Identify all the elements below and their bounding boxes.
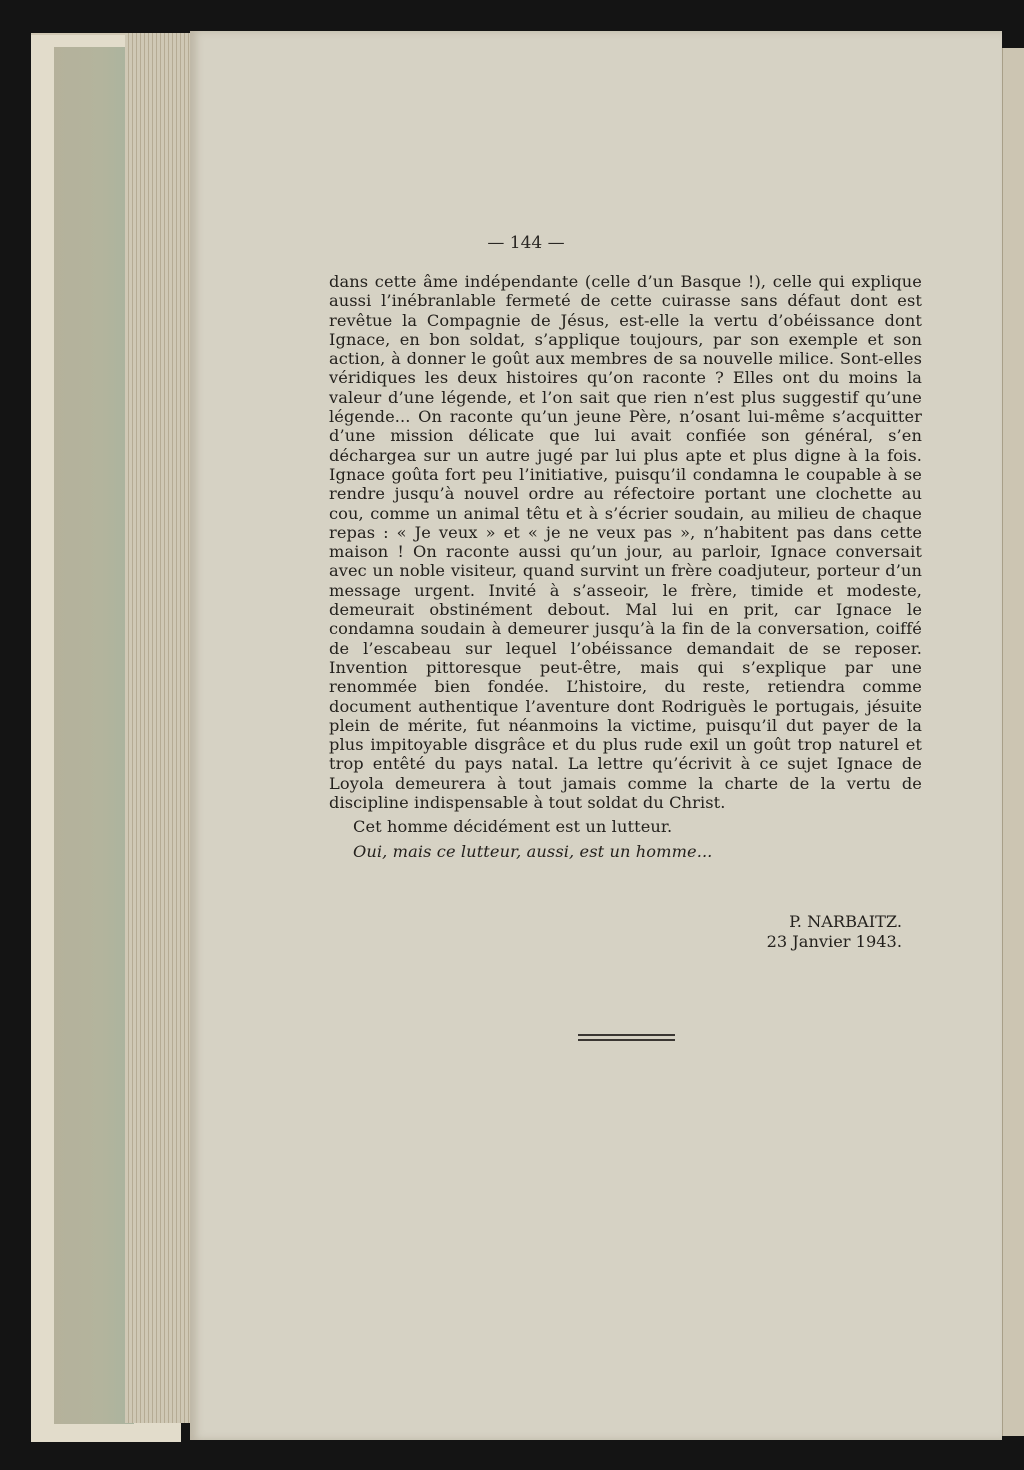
book-page: — 144 — dans cette âme indépendante (cel… [190,31,1002,1440]
signature-block: P. NARBAITZ. 23 Janvier 1943. [767,912,902,952]
cover-inner-tint [54,47,134,1424]
double-rule-divider [578,1034,675,1041]
body-text: dans cette âme indépendante (celle d’un … [329,272,922,861]
author-name: P. NARBAITZ. [767,912,902,932]
signature-date: 23 Janvier 1943. [767,932,902,952]
closing-sentence: Cet homme décidément est un lutteur. [329,817,922,836]
page-number: — 144 — [120,233,932,253]
next-page-edge [1002,48,1024,1436]
main-paragraph: dans cette âme indépendante (celle d’un … [329,272,922,812]
italic-closing-line: Oui, mais ce lutteur, aussi, est un homm… [329,842,922,861]
